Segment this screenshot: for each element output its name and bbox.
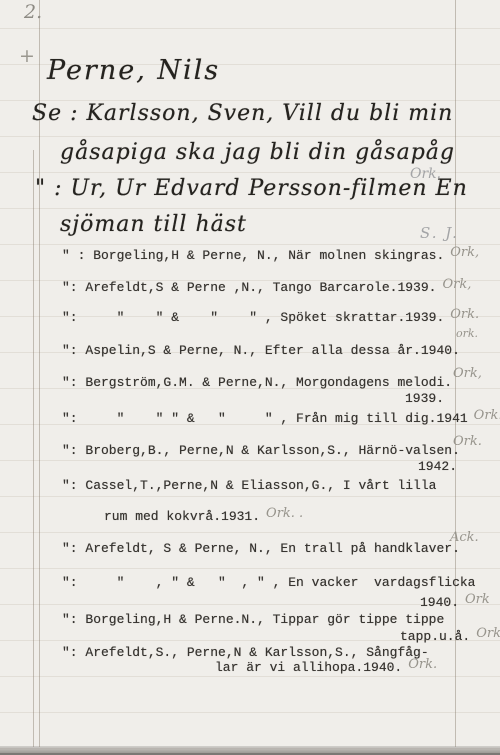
entry-row: ": " , " & " , " , En vacker vardagsflic… <box>62 575 475 590</box>
entry-row: ": Arefeldt,S., Perne,N & Karlsson,S., S… <box>62 645 429 660</box>
entry-continuation: tapp.u.å.Ork <box>400 629 500 644</box>
entry-row: ": Arefeldt, S & Perne, N., En trall på … <box>62 541 460 556</box>
entry-text: ": Arefeldt,S & Perne ,N., Tango Barcaro… <box>62 280 436 295</box>
entry-continuation-text: 1940. <box>420 595 459 610</box>
pencil-note: Ork. <box>408 657 437 672</box>
pencil-note: Ork. <box>450 307 479 322</box>
entry-row: ": Broberg,B., Perne,N & Karlsson,S., Hä… <box>62 443 460 458</box>
entry-text: " : Borgeling,H & Perne, N., När molnen … <box>62 248 444 263</box>
entry-row: ": " " " & " " , Från mig till dig.1941O… <box>62 411 500 426</box>
entry-row: " : Borgeling,H & Perne, N., När molnen … <box>62 248 479 263</box>
entry-row: ": Cassel,T.,Perne,N & Eliasson,G., I vå… <box>62 478 436 493</box>
entry-row: ": Bergström,G.M. & Perne,N., Morgondage… <box>62 375 452 390</box>
entry-text: ": Bergström,G.M. & Perne,N., Morgondage… <box>62 375 452 390</box>
entry-row: ": " " & " " , Spöket skrattar.1939.Ork. <box>62 310 479 325</box>
ur-reference-line2: sjöman till häst <box>60 212 247 237</box>
entry-continuation: rum med kokvrå.1931.Ork. . <box>104 509 303 524</box>
pencil-note: Ork <box>465 592 490 607</box>
ur-reference-line1: " : Ur, Ur Edvard Persson-filmen En <box>35 176 468 201</box>
see-reference-line2: gåsapiga ska jag bli din gåsapåg <box>60 140 455 165</box>
entry-text: ": Arefeldt,S., Perne,N & Karlsson,S., S… <box>62 645 429 660</box>
entry-text: ": " " " & " " , Från mig till dig.1941 <box>62 411 468 426</box>
catalog-card: 2. + Perne, Nils Se : Karlsson, Sven, Vi… <box>0 0 500 755</box>
entry-text: ": Aspelin,S & Perne, N., Efter alla des… <box>62 343 460 358</box>
entry-continuation: lar är vi allihopa.1940.Ork. <box>215 660 437 675</box>
pencil-note: Ork, <box>453 366 482 381</box>
entry-continuation: 1940.Ork <box>420 595 490 610</box>
card-title: Perne, Nils <box>47 55 220 86</box>
pencil-note: ork. <box>456 327 478 340</box>
card-bottom-edge <box>0 746 500 755</box>
pencil-initials: S. J. <box>420 224 459 242</box>
entry-text: ": Cassel,T.,Perne,N & Eliasson,G., I vå… <box>62 478 436 493</box>
plus-mark: + <box>19 45 35 67</box>
entry-text: ": Borgeling,H & Perne.N., Tippar gör ti… <box>62 612 444 627</box>
pencil-note: Ork <box>476 626 500 641</box>
entry-continuation: 1942. <box>418 459 457 474</box>
entry-text: ": Broberg,B., Perne,N & Karlsson,S., Hä… <box>62 443 460 458</box>
entry-text: ": " " & " " , Spöket skrattar.1939. <box>62 310 444 325</box>
corner-number: 2. <box>24 1 42 23</box>
entry-row: ": Arefeldt,S & Perne ,N., Tango Barcaro… <box>62 280 471 295</box>
pencil-note: Ork. <box>474 408 500 423</box>
entry-text: ": " , " & " , " , En vacker vardagsflic… <box>62 575 475 590</box>
entry-continuation-text: rum med kokvrå.1931. <box>104 509 260 524</box>
entry-continuation-text: lar är vi allihopa.1940. <box>215 660 402 675</box>
pencil-note: Ork, <box>450 245 479 260</box>
pencil-note: Ork, <box>442 277 471 292</box>
see-reference-line1: Se : Karlsson, Sven, Vill du bli min <box>32 101 453 126</box>
entry-text: ": Arefeldt, S & Perne, N., En trall på … <box>62 541 460 556</box>
pencil-note: Ork. . <box>266 506 303 521</box>
entry-continuation: 1939. <box>405 391 444 406</box>
entry-row: ": Borgeling,H & Perne.N., Tippar gör ti… <box>62 612 444 627</box>
left-margin-rule-inner <box>33 150 34 747</box>
entry-row: ": Aspelin,S & Perne, N., Efter alla des… <box>62 343 460 358</box>
entry-continuation-text: tapp.u.å. <box>400 629 470 644</box>
